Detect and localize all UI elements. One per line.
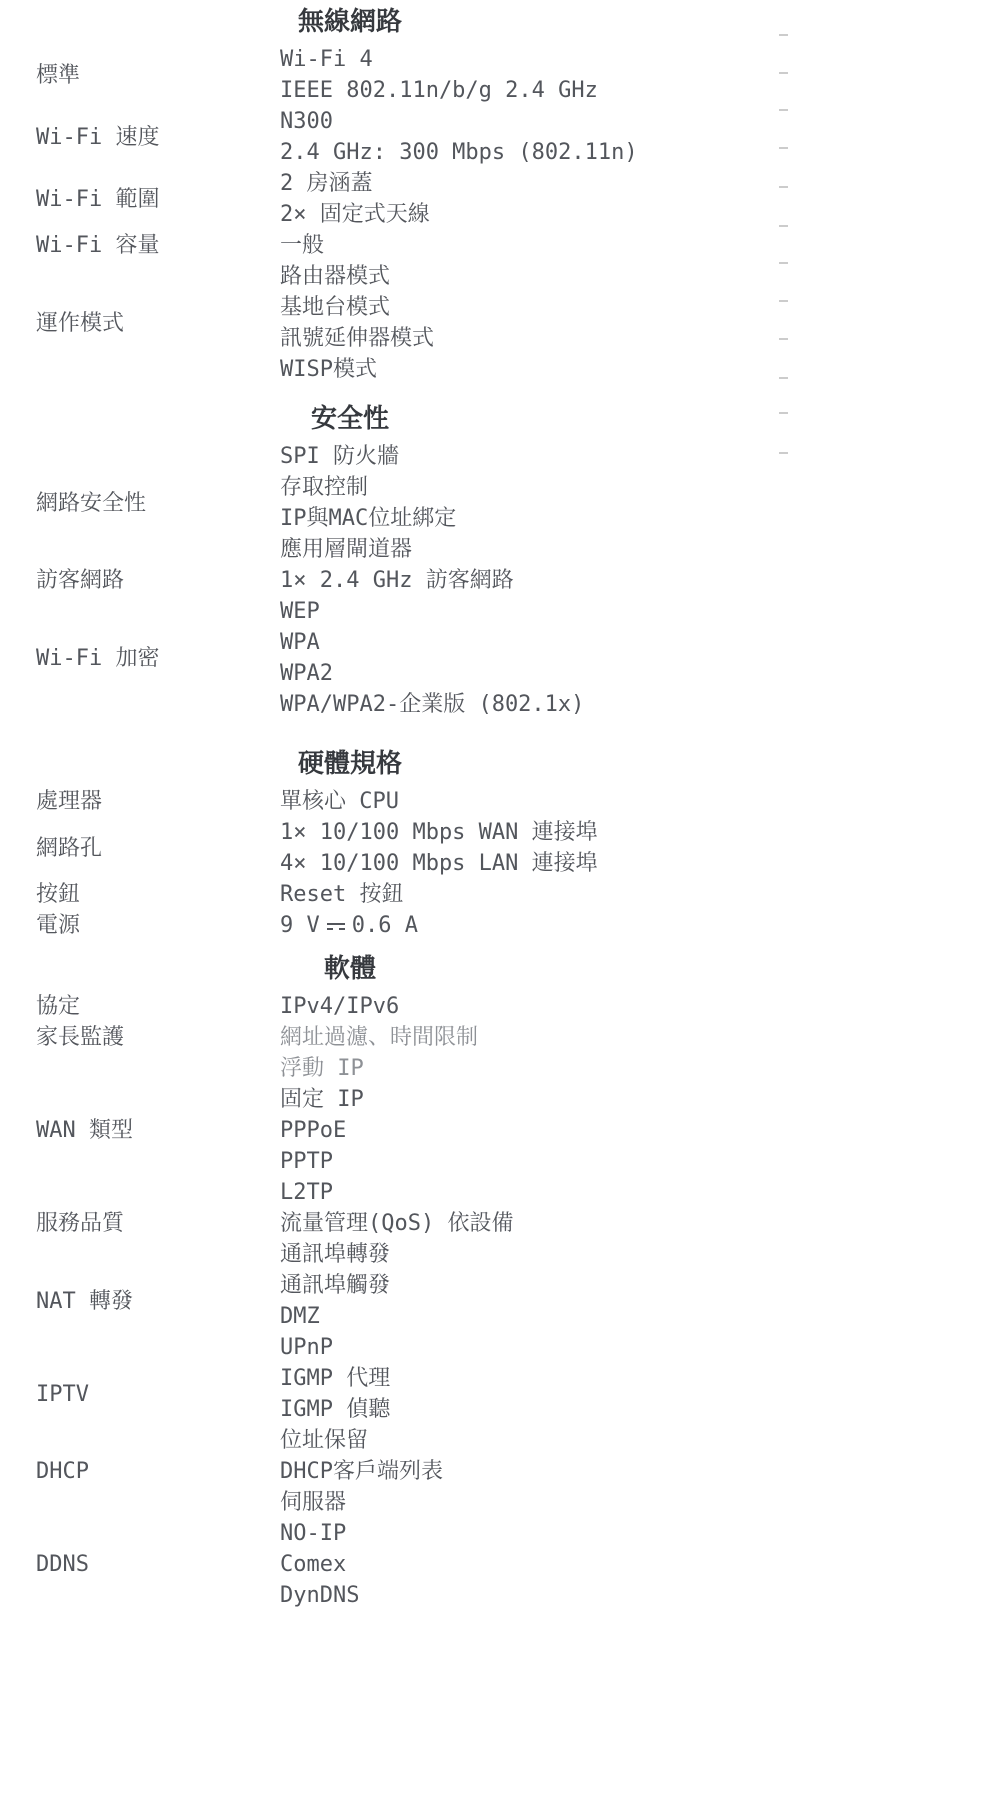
spec-value-line: WISP模式 (280, 354, 700, 385)
comparison-dash (779, 34, 788, 36)
spec-label: 網路安全性 (0, 488, 280, 519)
spec-label: 標準 (0, 60, 280, 91)
spec-label: DDNS (0, 1549, 280, 1580)
spec-value-line: Wi-Fi 4 (280, 44, 700, 75)
comparison-dash (779, 72, 788, 74)
spec-values: 網址過濾、時間限制 (280, 1022, 700, 1053)
comparison-dash (779, 147, 788, 149)
spec-label: 網路孔 (0, 833, 280, 864)
spec-row: 服務品質流量管理(QoS) 依設備 (0, 1208, 700, 1239)
spec-value-line: DHCP客戶端列表 (280, 1456, 700, 1487)
spec-values: 位址保留DHCP客戶端列表伺服器 (280, 1425, 700, 1518)
spec-row: NAT 轉發通訊埠轉發通訊埠觸發DMZUPnP (0, 1239, 700, 1363)
spec-label: DHCP (0, 1456, 280, 1487)
spec-values: IGMP 代理IGMP 偵聽 (280, 1363, 700, 1425)
spec-row: 網路孔1× 10/100 Mbps WAN 連接埠4× 10/100 Mbps … (0, 817, 700, 879)
spec-row: Wi-Fi 速度N3002.4 GHz: 300 Mbps (802.11n) (0, 106, 700, 168)
spec-row: 訪客網路1× 2.4 GHz 訪客網路 (0, 565, 700, 596)
spec-values: Reset 按鈕 (280, 879, 700, 910)
spec-label: 按鈕 (0, 879, 280, 910)
spec-values: WEPWPAWPA2WPA/WPA2-企業版 (802.1x) (280, 596, 700, 720)
spec-value-line: 通訊埠轉發 (280, 1239, 700, 1270)
spec-section: 安全性網路安全性SPI 防火牆存取控制IP與MAC位址綁定應用層閘道器訪客網路1… (0, 403, 700, 720)
spec-value-line: N300 (280, 106, 700, 137)
spec-row: DDNSNO-IPComexDynDNS (0, 1518, 700, 1611)
spec-value-line: DMZ (280, 1301, 700, 1332)
spec-row: Wi-Fi 加密WEPWPAWPA2WPA/WPA2-企業版 (802.1x) (0, 596, 700, 720)
spec-value-line: WPA (280, 627, 700, 658)
spec-value-line: 訊號延伸器模式 (280, 323, 700, 354)
spec-value-line: 1× 10/100 Mbps WAN 連接埠 (280, 817, 700, 848)
spec-values: 9 V0.6 A (280, 910, 700, 941)
spec-values: 1× 10/100 Mbps WAN 連接埠4× 10/100 Mbps LAN… (280, 817, 700, 879)
spec-value-line: L2TP (280, 1177, 700, 1208)
spec-content: 無線網路標準Wi-Fi 4IEEE 802.11n/b/g 2.4 GHzWi-… (0, 0, 700, 1611)
spec-value-line: IP與MAC位址綁定 (280, 503, 700, 534)
spec-values: 通訊埠轉發通訊埠觸發DMZUPnP (280, 1239, 700, 1363)
spec-value-line: NO-IP (280, 1518, 700, 1549)
comparison-dash (779, 452, 788, 454)
section-title: 軟體 (0, 953, 700, 985)
comparison-dash (779, 412, 788, 414)
spec-row: IPTVIGMP 代理IGMP 偵聽 (0, 1363, 700, 1425)
spec-label: Wi-Fi 範圍 (0, 184, 280, 215)
spec-value-line: IPv4/IPv6 (280, 991, 700, 1022)
spec-value-line: IEEE 802.11n/b/g 2.4 GHz (280, 75, 700, 106)
comparison-dash (779, 225, 788, 227)
spec-value-line: IGMP 偵聽 (280, 1394, 700, 1425)
spec-value-line: WEP (280, 596, 700, 627)
spec-value-line: 一般 (280, 230, 700, 261)
spec-value-line: WPA2 (280, 658, 700, 689)
spec-label: 訪客網路 (0, 565, 280, 596)
spec-label: 電源 (0, 910, 280, 941)
section-title: 硬體規格 (0, 748, 700, 780)
spec-label: NAT 轉發 (0, 1286, 280, 1317)
spec-label: IPTV (0, 1379, 280, 1410)
spec-value-line: 固定 IP (280, 1084, 700, 1115)
comparison-dash (779, 377, 788, 379)
spec-values: 2 房涵蓋2× 固定式天線 (280, 168, 700, 230)
spec-label: Wi-Fi 速度 (0, 122, 280, 153)
spec-values: 一般 (280, 230, 700, 261)
spec-values: 流量管理(QoS) 依設備 (280, 1208, 700, 1239)
spec-label: Wi-Fi 容量 (0, 230, 280, 261)
spec-value-line: 存取控制 (280, 472, 700, 503)
comparison-dash (779, 300, 788, 302)
spec-row: 標準Wi-Fi 4IEEE 802.11n/b/g 2.4 GHz (0, 44, 700, 106)
spec-value-line: 浮動 IP (280, 1053, 700, 1084)
spec-row: Wi-Fi 容量一般 (0, 230, 700, 261)
spec-value-line: 單核心 CPU (280, 786, 700, 817)
comparison-dash (779, 109, 788, 111)
spec-label: 服務品質 (0, 1208, 280, 1239)
spec-value-line: 2.4 GHz: 300 Mbps (802.11n) (280, 137, 700, 168)
spec-row: 家長監護網址過濾、時間限制 (0, 1022, 700, 1053)
spec-value-line: 伺服器 (280, 1487, 700, 1518)
spec-label: 運作模式 (0, 308, 280, 339)
comparison-dash (779, 186, 788, 188)
spec-row: 電源9 V0.6 A (0, 910, 700, 941)
spec-value-line: 網址過濾、時間限制 (280, 1022, 700, 1053)
spec-value-line: 1× 2.4 GHz 訪客網路 (280, 565, 700, 596)
section-title: 無線網路 (0, 6, 700, 38)
spec-value-line: 2× 固定式天線 (280, 199, 700, 230)
comparison-dash (779, 338, 788, 340)
spec-label: 處理器 (0, 786, 280, 817)
spec-value-line: IGMP 代理 (280, 1363, 700, 1394)
spec-row: 協定IPv4/IPv6 (0, 991, 700, 1022)
spec-value-line: Comex (280, 1549, 700, 1580)
spec-values: 浮動 IP固定 IPPPPoEPPTPL2TP (280, 1053, 700, 1208)
spec-value-line: 2 房涵蓋 (280, 168, 700, 199)
spec-value-line: PPTP (280, 1146, 700, 1177)
spec-value-line: 通訊埠觸發 (280, 1270, 700, 1301)
dc-symbol-icon (325, 921, 347, 933)
spec-values: 1× 2.4 GHz 訪客網路 (280, 565, 700, 596)
spec-values: 單核心 CPU (280, 786, 700, 817)
spec-values: IPv4/IPv6 (280, 991, 700, 1022)
spec-row: 網路安全性SPI 防火牆存取控制IP與MAC位址綁定應用層閘道器 (0, 441, 700, 565)
spec-value-line: DynDNS (280, 1580, 700, 1611)
spec-value-line: WPA/WPA2-企業版 (802.1x) (280, 689, 700, 720)
spec-value-line: 應用層閘道器 (280, 534, 700, 565)
spec-value-line: PPPoE (280, 1115, 700, 1146)
spec-label: WAN 類型 (0, 1115, 280, 1146)
spec-value-line: SPI 防火牆 (280, 441, 700, 472)
spec-row: 運作模式路由器模式基地台模式訊號延伸器模式WISP模式 (0, 261, 700, 385)
spec-row: 處理器單核心 CPU (0, 786, 700, 817)
spec-values: SPI 防火牆存取控制IP與MAC位址綁定應用層閘道器 (280, 441, 700, 565)
spec-row: Wi-Fi 範圍2 房涵蓋2× 固定式天線 (0, 168, 700, 230)
section-title: 安全性 (0, 403, 700, 435)
spec-section: 軟體協定IPv4/IPv6家長監護網址過濾、時間限制WAN 類型浮動 IP固定 … (0, 953, 700, 1611)
spec-values: 路由器模式基地台模式訊號延伸器模式WISP模式 (280, 261, 700, 385)
spec-row: 按鈕Reset 按鈕 (0, 879, 700, 910)
spec-sheet-page: 無線網路標準Wi-Fi 4IEEE 802.11n/b/g 2.4 GHzWi-… (0, 0, 1000, 1803)
spec-value-line: 路由器模式 (280, 261, 700, 292)
spec-value-line: 4× 10/100 Mbps LAN 連接埠 (280, 848, 700, 879)
spec-values: N3002.4 GHz: 300 Mbps (802.11n) (280, 106, 700, 168)
spec-values: Wi-Fi 4IEEE 802.11n/b/g 2.4 GHz (280, 44, 700, 106)
spec-values: NO-IPComexDynDNS (280, 1518, 700, 1611)
spec-value-line: UPnP (280, 1332, 700, 1363)
spec-value-line: 流量管理(QoS) 依設備 (280, 1208, 700, 1239)
comparison-dash (779, 262, 788, 264)
spec-section: 無線網路標準Wi-Fi 4IEEE 802.11n/b/g 2.4 GHzWi-… (0, 6, 700, 385)
spec-label: Wi-Fi 加密 (0, 643, 280, 674)
spec-value-line: Reset 按鈕 (280, 879, 700, 910)
spec-label: 協定 (0, 991, 280, 1022)
spec-label: 家長監護 (0, 1022, 280, 1053)
spec-value-line: 9 V0.6 A (280, 910, 700, 941)
spec-row: DHCP位址保留DHCP客戶端列表伺服器 (0, 1425, 700, 1518)
spec-value-line: 基地台模式 (280, 292, 700, 323)
spec-row: WAN 類型浮動 IP固定 IPPPPoEPPTPL2TP (0, 1053, 700, 1208)
spec-section: 硬體規格處理器單核心 CPU網路孔1× 10/100 Mbps WAN 連接埠4… (0, 748, 700, 941)
spec-value-line: 位址保留 (280, 1425, 700, 1456)
